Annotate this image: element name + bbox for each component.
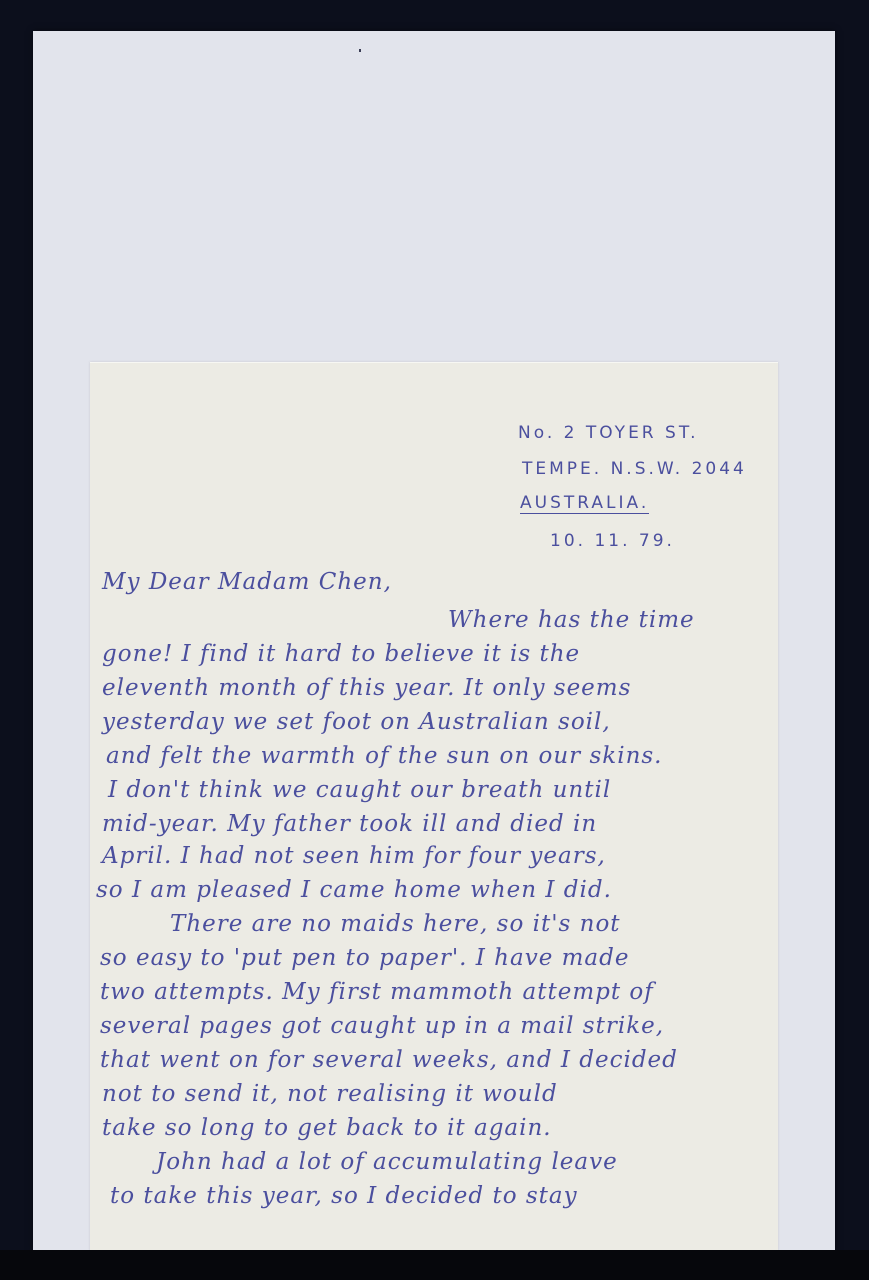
dust-speck	[359, 49, 361, 52]
body-line: April. I had not seen him for four years…	[102, 843, 606, 869]
letter-date: 10. 11. 79.	[550, 531, 675, 551]
body-line: not to send it, not realising it would	[102, 1081, 558, 1107]
background-edge	[0, 1250, 869, 1280]
body-line: John had a lot of accumulating leave	[156, 1149, 618, 1175]
body-line: mid-year. My father took ill and died in	[102, 811, 597, 837]
body-line: yesterday we set foot on Australian soil…	[102, 709, 611, 735]
address-line-1: No. 2 TOYER ST.	[518, 423, 699, 443]
body-line: take so long to get back to it again.	[102, 1115, 552, 1141]
body-line: two attempts. My first mammoth attempt o…	[100, 979, 654, 1005]
letter-page: No. 2 TOYER ST. TEMPE. N.S.W. 2044 AUSTR…	[90, 362, 778, 1251]
body-line: that went on for several weeks, and I de…	[100, 1047, 678, 1073]
salutation: My Dear Madam Chen,	[102, 569, 392, 595]
body-line: eleventh month of this year. It only see…	[102, 675, 631, 701]
body-line: so easy to 'put pen to paper'. I have ma…	[100, 945, 629, 971]
body-line: so I am pleased I came home when I did.	[96, 877, 612, 903]
body-line: several pages got caught up in a mail st…	[100, 1013, 664, 1039]
body-line: There are no maids here, so it's not	[170, 911, 621, 937]
body-line: gone! I find it hard to believe it is th…	[102, 641, 580, 667]
address-line-2: TEMPE. N.S.W. 2044	[522, 459, 747, 479]
body-line: to take this year, so I decided to stay	[110, 1183, 578, 1209]
address-line-3: AUSTRALIA.	[520, 493, 649, 514]
body-line: I don't think we caught our breath until	[108, 777, 611, 803]
body-line: and felt the warmth of the sun on our sk…	[106, 743, 663, 769]
address-country: AUSTRALIA.	[520, 493, 649, 514]
body-line: Where has the time	[448, 607, 695, 633]
